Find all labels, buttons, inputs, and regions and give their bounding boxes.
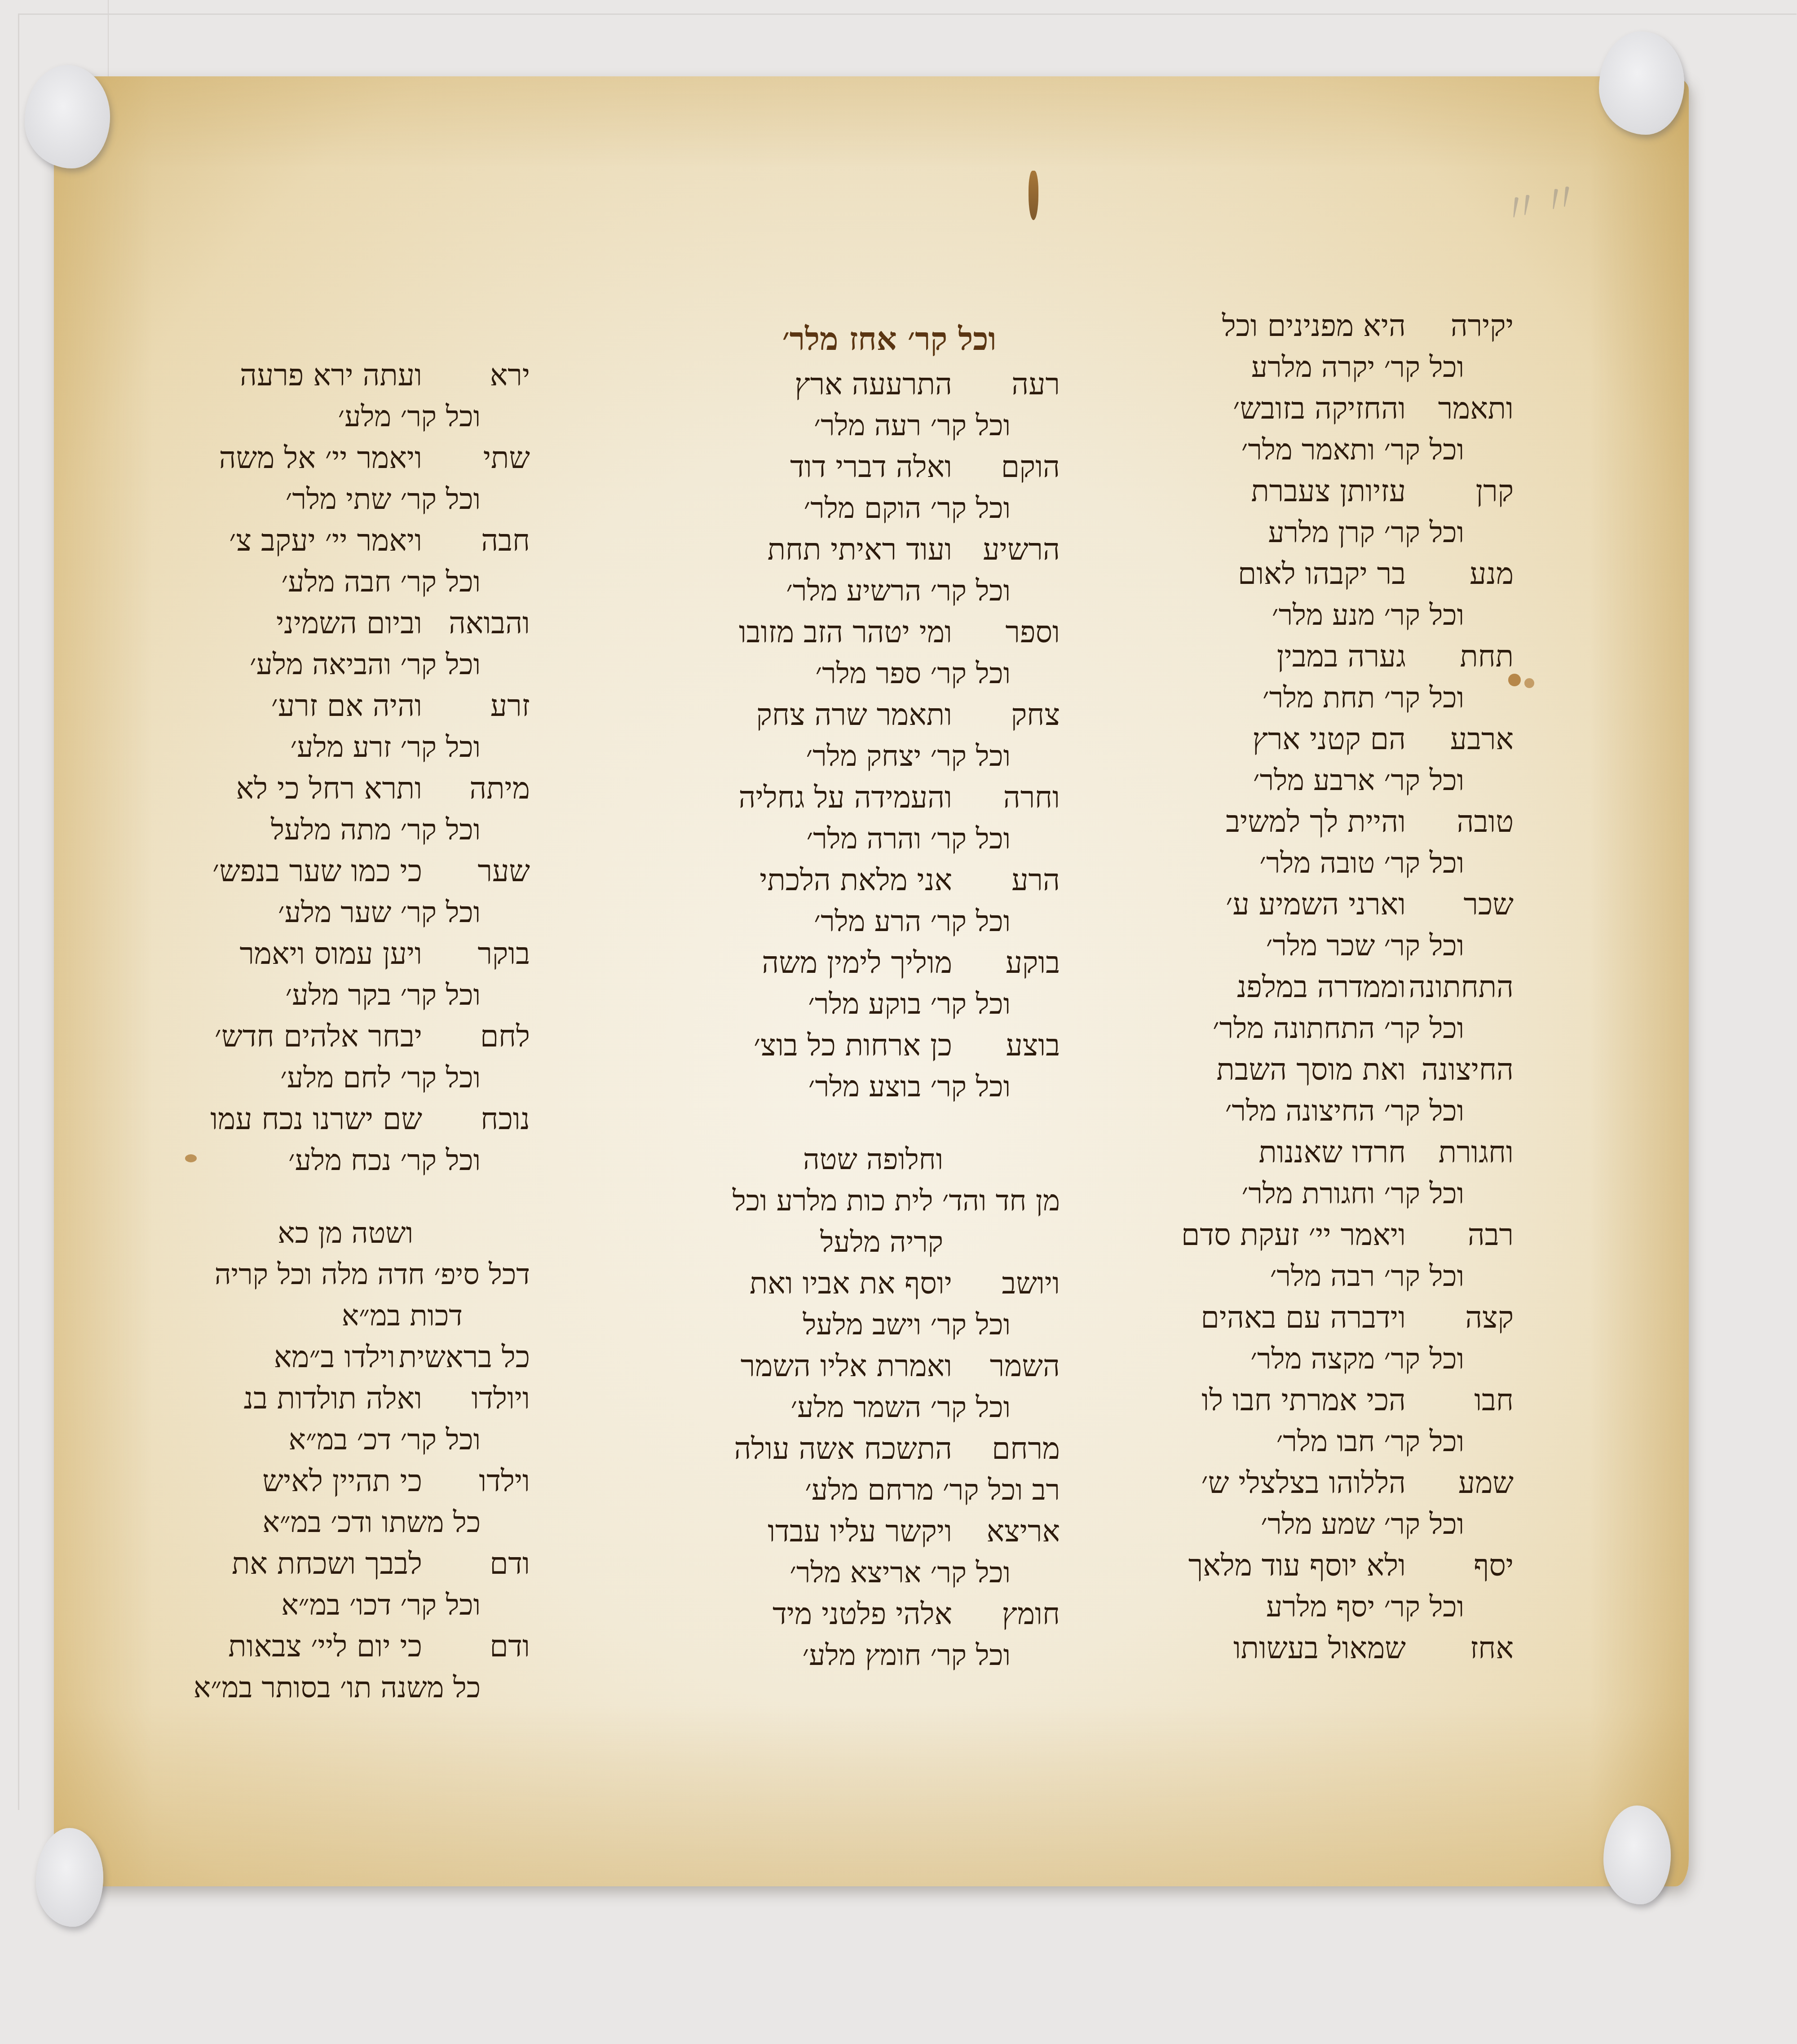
entry-reference: ותרא רחל כי לא xyxy=(236,768,423,809)
list-entry: והבואהוביום השמיני וכל קר׳ והביאה מלע׳ xyxy=(189,603,530,685)
column-heading: וכל קר׳ אחז מלר׳ xyxy=(665,314,1060,364)
list-entry: ארבעהם קטני ארץ וכל קר׳ ארבע מלר׳ xyxy=(1141,719,1514,801)
entry-reference: והעמידה על גחליה xyxy=(738,777,952,818)
entry-reference: גערה במבין xyxy=(1277,636,1406,677)
entry-word: מרחם xyxy=(952,1428,1060,1470)
entry-reference: יבחר אלהים חדש׳ xyxy=(215,1016,422,1057)
entry-word: רעה xyxy=(952,364,1060,405)
list-entry: טובהוהיית לך למשיב וכל קר׳ טובה מלר׳ xyxy=(1141,801,1514,884)
entry-note: וכל קר׳ זרע מלע׳ xyxy=(189,727,530,768)
entry-note: וכל קר׳ בוקע מלר׳ xyxy=(665,984,1060,1025)
list-entry: מיתהותרא רחל כי לא וכל קר׳ מתה מלעל xyxy=(189,768,530,851)
entry-note: וכל קר׳ רבה מלר׳ xyxy=(1141,1256,1514,1297)
mount-edge-left xyxy=(18,13,19,1810)
list-entry: לחםיבחר אלהים חדש׳ וכל קר׳ לחם מלע׳ xyxy=(189,1016,530,1099)
entry-note: וכל קר׳ מנע מלר׳ xyxy=(1141,595,1514,636)
entry-note: וכל קר׳ דכו׳ במ״א xyxy=(189,1585,530,1626)
entry-reference: ואת מוסך השבת xyxy=(1217,1049,1406,1090)
entry-reference: שמאול בעשותו xyxy=(1233,1628,1406,1669)
entry-note: וכל קר׳ יצחק מלר׳ xyxy=(665,736,1060,777)
entry-note: וכל קר׳ בוצע מלר׳ xyxy=(665,1066,1060,1108)
entry-note: וכל קר׳ החיצונה מלר׳ xyxy=(1141,1090,1514,1132)
entry-reference: ואלה תולדות בנ xyxy=(244,1378,422,1419)
folio-ink-mark xyxy=(1029,171,1038,220)
list-entry: וחגורתחרדו שאננות וכל קר׳ וחגורת מלר׳ xyxy=(1141,1132,1514,1214)
entry-word: אחז xyxy=(1406,1628,1514,1669)
entry-reference: ואלה דברי דוד xyxy=(790,446,952,488)
entry-word: לחם xyxy=(422,1016,530,1057)
entry-reference: לבבך ושכחת את xyxy=(232,1543,422,1585)
section-note: ושטה מן כא xyxy=(189,1213,530,1254)
entry-note: וכל קר׳ שתי מלר׳ xyxy=(189,479,530,520)
entry-note: וכל קר׳ מלע׳ xyxy=(189,396,530,437)
entry-reference: הכי אמרתי חבו לו xyxy=(1201,1380,1406,1421)
entry-reference: ומי יטהר הזב מזובו xyxy=(739,612,952,653)
entry-note: וכל קר׳ קרן מלרע xyxy=(1141,512,1514,553)
entry-word: החיצונה xyxy=(1406,1049,1514,1090)
mounting-tab-bottom-left xyxy=(36,1828,103,1927)
entry-reference: ולא יוסף עוד מלאך xyxy=(1188,1545,1406,1586)
entry-reference: חרדו שאננות xyxy=(1259,1132,1406,1173)
section-note: דכל סיפ׳ חדה מלה וכל קריה xyxy=(189,1254,530,1295)
entry-note: וכל קר׳ חומץ מלע׳ xyxy=(665,1635,1060,1676)
entry-note: וכל קר׳ ארבע מלר׳ xyxy=(1141,760,1514,801)
list-entry: וחרהוהעמידה על גחליה וכל קר׳ והרה מלר׳ xyxy=(665,777,1060,860)
entry-note: וכל קר׳ וישב מלעל xyxy=(665,1304,1060,1346)
entry-note: וכל קר׳ דכ׳ במ״א xyxy=(189,1419,530,1461)
mounting-tab-bottom-right xyxy=(1603,1806,1671,1904)
entry-note: וכל קר׳ שמע מלר׳ xyxy=(1141,1504,1514,1545)
entry-word: טובה xyxy=(1406,801,1514,843)
entry-reference: ותאמר שרה צחק xyxy=(756,694,952,736)
entry-word: חבו xyxy=(1406,1380,1514,1421)
entry-note: רב וכל קר׳ מרחם מלע׳ xyxy=(665,1470,1060,1511)
entry-reference: ויען עמוס ויאמר xyxy=(239,933,422,975)
entry-reference: הם קטני ארץ xyxy=(1253,719,1406,760)
entry-note: וכל קר׳ טובה מלר׳ xyxy=(1141,843,1514,884)
entry-reference: התרעעה ארץ xyxy=(795,364,952,405)
mounting-tab-top-right xyxy=(1599,31,1684,135)
entry-reference: ויאמר יי׳ אל משה xyxy=(219,437,422,479)
entry-reference: וממדרה במלפנ xyxy=(1237,967,1406,1008)
entry-reference: והיית לך למשיב xyxy=(1226,801,1406,843)
section-note: דכות במ״א xyxy=(189,1295,530,1337)
entry-word: אריצא xyxy=(952,1511,1060,1552)
entry-reference: בר יקבהו לאום xyxy=(1238,553,1406,595)
entry-note: וכל קר׳ שער מלע׳ xyxy=(189,892,530,933)
list-entry: תחתגערה במבין וכל קר׳ תחת מלר׳ xyxy=(1141,636,1514,719)
list-entry: ותאמרוהחזיקה בזובש׳ וכל קר׳ ותאמר מלר׳ xyxy=(1141,388,1514,471)
entry-note: וכל קר׳ התחתונה מלר׳ xyxy=(1141,1008,1514,1049)
entry-word: צחק xyxy=(952,694,1060,736)
entry-word: ותאמר xyxy=(1406,388,1514,429)
text-column-middle: וכל קר׳ אחז מלר׳ רעההתרעעה ארץ וכל קר׳ ר… xyxy=(665,314,1060,1676)
list-entry: הוקםואלה דברי דוד וכל קר׳ הוקם מלר׳ xyxy=(665,446,1060,529)
entry-word: שמע xyxy=(1406,1462,1514,1504)
list-entry: בוצעכן ארחות כל בוצ׳ וכל קר׳ בוצע מלר׳ xyxy=(665,1025,1060,1108)
entry-word: ויושב xyxy=(952,1263,1060,1304)
entry-word: הרע xyxy=(952,860,1060,901)
section-gap xyxy=(189,1181,530,1213)
list-entry: חבוהכי אמרתי חבו לו וכל קר׳ חבו מלר׳ xyxy=(1141,1380,1514,1462)
entry-note: וכל קר׳ והביאה מלע׳ xyxy=(189,644,530,685)
entry-reference: יוסף את אביו ואת xyxy=(750,1263,952,1304)
entry-reference: וביום השמיני xyxy=(276,603,422,644)
entry-word: וחרה xyxy=(952,777,1060,818)
entry-note: וכל קר׳ רעה מלר׳ xyxy=(665,405,1060,446)
list-entry: ויולדוואלה תולדות בנ וכל קר׳ דכ׳ במ״א xyxy=(189,1378,530,1461)
list-entry: ודםלבבך ושכחת את וכל קר׳ דכו׳ במ״א xyxy=(189,1543,530,1626)
entry-note: וכל קר׳ הרע מלר׳ xyxy=(665,901,1060,942)
list-entry: זרעוהיה אם זרע׳ וכל קר׳ זרע מלע׳ xyxy=(189,685,530,768)
entry-word: השמר xyxy=(952,1346,1060,1387)
entry-reference: מוליך לימין משה xyxy=(762,942,952,984)
entry-note: וכל קר׳ בקר מלע׳ xyxy=(189,975,530,1016)
entry-note: וכל קר׳ ספר מלר׳ xyxy=(665,653,1060,694)
entry-reference: הללוהו בצלצלי ש׳ xyxy=(1201,1462,1406,1504)
entry-note: וכל קר׳ חבה מלע׳ xyxy=(189,561,530,603)
entry-note: וכל קר׳ יסף מלרע xyxy=(1141,1586,1514,1628)
entry-word: וחגורת xyxy=(1406,1132,1514,1173)
list-entry: חבהויאמר יי׳ יעקב צ׳ וכל קר׳ חבה מלע׳ xyxy=(189,520,530,603)
entry-reference: ויקשר עליו עבדו xyxy=(768,1511,952,1552)
entry-note: וכל קר׳ שכר מלר׳ xyxy=(1141,925,1514,967)
entry-word: זרע xyxy=(422,685,530,727)
entry-note: וכל קר׳ נכח מלע׳ xyxy=(189,1140,530,1181)
list-entry: בוקעמוליך לימין משה וכל קר׳ בוקע מלר׳ xyxy=(665,942,1060,1025)
entry-word: כל בראשית xyxy=(395,1337,530,1378)
section-note: וחלופה שטה xyxy=(665,1139,1060,1180)
section-note: מן חד והד׳ לית כות מלרע וכל xyxy=(665,1180,1060,1222)
entry-word: מנע xyxy=(1406,553,1514,595)
text-column-right: יקירההיא מפנינים וכל וכל קר׳ יקרה מלרע ו… xyxy=(1141,305,1514,1669)
entry-note: כל משנה תו׳ בסותר במ״א xyxy=(189,1667,530,1708)
entry-reference: והיה אם זרע׳ xyxy=(271,685,422,727)
entry-word: רבה xyxy=(1406,1214,1514,1256)
entry-word: הוקם xyxy=(952,446,1060,488)
mounting-tab-top-left xyxy=(25,65,110,168)
entry-reference: שם ישרנו נכח עמו xyxy=(210,1099,422,1140)
entry-word: הרשיע xyxy=(952,529,1060,570)
entry-reference: ויאמר יי׳ זעקת סדם xyxy=(1181,1214,1406,1256)
entry-note: וכל קר׳ וחגורת מלר׳ xyxy=(1141,1173,1514,1214)
entry-reference: וארני השמיע ע׳ xyxy=(1226,884,1406,925)
list-entry: קרןעזיותן צעברת וכל קר׳ קרן מלרע xyxy=(1141,471,1514,553)
entry-word: שתי xyxy=(422,437,530,479)
ink-stain xyxy=(1524,678,1534,688)
entry-word: ודם xyxy=(422,1543,530,1585)
entry-reference: עזיותן צעברת xyxy=(1251,471,1406,512)
entry-word: תחת xyxy=(1406,636,1514,677)
list-entry: חומץאלהי פלטני מיד וכל קר׳ חומץ מלע׳ xyxy=(665,1594,1060,1676)
entry-reference: כי תהיין לאיש xyxy=(262,1461,422,1502)
entry-reference: ועתה ירא פרעה xyxy=(240,355,422,396)
entry-note: וכל קר׳ הוקם מלר׳ xyxy=(665,488,1060,529)
list-entry: שערכי כמו שער בנפש׳ וכל קר׳ שער מלע׳ xyxy=(189,851,530,933)
entry-word: חבה xyxy=(422,520,530,561)
entry-word: התחתונה xyxy=(1406,967,1514,1008)
list-entry: נוכחשם ישרנו נכח עמו וכל קר׳ נכח מלע׳ xyxy=(189,1099,530,1181)
entry-note: וכל קר׳ ותאמר מלר׳ xyxy=(1141,429,1514,471)
entry-note: וכל קר׳ השמר מלע׳ xyxy=(665,1387,1060,1428)
list-entry: יסףולא יוסף עוד מלאך וכל קר׳ יסף מלרע xyxy=(1141,1545,1514,1628)
entry-word: קצה xyxy=(1406,1297,1514,1338)
entry-reference: וילדו ב״מא xyxy=(274,1337,395,1378)
list-entry: וילדוכי תהיין לאיש כל משתו ודכ׳ במ״א xyxy=(189,1461,530,1543)
entry-word: ירא xyxy=(422,355,530,396)
entry-word: בוקר xyxy=(422,933,530,975)
entry-word: יקירה xyxy=(1406,305,1514,347)
list-entry: מנעבר יקבהו לאום וכל קר׳ מנע מלר׳ xyxy=(1141,553,1514,636)
list-entry: בוקרויען עמוס ויאמר וכל קר׳ בקר מלע׳ xyxy=(189,933,530,1016)
list-entry: ויושביוסף את אביו ואת וכל קר׳ וישב מלעל xyxy=(665,1263,1060,1346)
list-entry: הרעאני מלאת הלכתי וכל קר׳ הרע מלר׳ xyxy=(665,860,1060,942)
entry-word: ויולדו xyxy=(422,1378,530,1419)
mount-edge-top xyxy=(18,13,1797,15)
list-entry: החיצונהואת מוסך השבת וכל קר׳ החיצונה מלר… xyxy=(1141,1049,1514,1132)
entry-reference: כי כמו שער בנפש׳ xyxy=(212,851,422,892)
entry-note: וכל קר׳ לחם מלע׳ xyxy=(189,1057,530,1099)
list-entry: רבהויאמר יי׳ זעקת סדם וכל קר׳ רבה מלר׳ xyxy=(1141,1214,1514,1297)
list-entry: קצהוידברה עם באהים וכל קר׳ מקצה מלר׳ xyxy=(1141,1297,1514,1380)
list-entry: שתיויאמר יי׳ אל משה וכל קר׳ שתי מלר׳ xyxy=(189,437,530,520)
list-entry: שמעהללוהו בצלצלי ש׳ וכל קר׳ שמע מלר׳ xyxy=(1141,1462,1514,1545)
list-entry: כל בראשיתוילדו ב״מא xyxy=(189,1337,530,1378)
entry-word: קרן xyxy=(1406,471,1514,512)
entry-reference: ועוד ראיתי תחת xyxy=(768,529,952,570)
list-entry: מרחםהתשכח אשה עולה רב וכל קר׳ מרחם מלע׳ xyxy=(665,1428,1060,1511)
entry-word: שכר xyxy=(1406,884,1514,925)
entry-word: וספר xyxy=(952,612,1060,653)
entry-word: וילדו xyxy=(422,1461,530,1502)
entry-word: והבואה xyxy=(422,603,530,644)
entry-note: וכל קר׳ מקצה מלר׳ xyxy=(1141,1338,1514,1380)
entry-reference: כי יום ליי׳ צבאות xyxy=(228,1626,422,1667)
entry-reference: כן ארחות כל בוצ׳ xyxy=(754,1025,952,1066)
list-entry: אחזשמאול בעשותו xyxy=(1141,1628,1514,1669)
entry-reference: אלהי פלטני מיד xyxy=(773,1594,952,1635)
entry-note: וכל קר׳ חבו מלר׳ xyxy=(1141,1421,1514,1462)
entry-word: בוקע xyxy=(952,942,1060,984)
entry-reference: אני מלאת הלכתי xyxy=(759,860,952,901)
entry-reference: ויאמר יי׳ יעקב צ׳ xyxy=(229,520,422,561)
entry-word: יסף xyxy=(1406,1545,1514,1586)
section-gap xyxy=(665,1108,1060,1139)
list-entry: השמרואמרת אליו השמר וכל קר׳ השמר מלע׳ xyxy=(665,1346,1060,1428)
entry-note: כל משתו ודכ׳ במ״א xyxy=(189,1502,530,1543)
entry-note: וכל קר׳ יקרה מלרע xyxy=(1141,347,1514,388)
list-entry: שכרוארני השמיע ע׳ וכל קר׳ שכר מלר׳ xyxy=(1141,884,1514,967)
list-entry: יקירההיא מפנינים וכל וכל קר׳ יקרה מלרע xyxy=(1141,305,1514,388)
entry-note: וכל קר׳ מתה מלעל xyxy=(189,809,530,851)
entry-reference: והחזיקה בזובש׳ xyxy=(1233,388,1406,429)
entry-note: וכל קר׳ הרשיע מלר׳ xyxy=(665,570,1060,612)
entry-note: וכל קר׳ אריצא מלר׳ xyxy=(665,1552,1060,1594)
list-entry: אריצאויקשר עליו עבדו וכל קר׳ אריצא מלר׳ xyxy=(665,1511,1060,1594)
entry-word: נוכח xyxy=(422,1099,530,1140)
entry-reference: ואמרת אליו השמר xyxy=(741,1346,952,1387)
list-entry: רעההתרעעה ארץ וכל קר׳ רעה מלר׳ xyxy=(665,364,1060,446)
entry-reference: היא מפנינים וכל xyxy=(1222,305,1406,347)
entry-note: וכל קר׳ תחת מלר׳ xyxy=(1141,677,1514,719)
list-entry: יראועתה ירא פרעה וכל קר׳ מלע׳ xyxy=(189,355,530,437)
section-note: קריה מלעל xyxy=(665,1222,1060,1263)
entry-word: שער xyxy=(422,851,530,892)
list-entry: ודםכי יום ליי׳ צבאות כל משנה תו׳ בסותר ב… xyxy=(189,1626,530,1708)
entry-reference: התשכח אשה עולה xyxy=(734,1428,952,1470)
entry-note: וכל קר׳ והרה מלר׳ xyxy=(665,818,1060,860)
list-entry: התחתונהוממדרה במלפנ וכל קר׳ התחתונה מלר׳ xyxy=(1141,967,1514,1049)
entry-word: ודם xyxy=(422,1626,530,1667)
entry-word: חומץ xyxy=(952,1594,1060,1635)
list-entry: הרשיעועוד ראיתי תחת וכל קר׳ הרשיע מלר׳ xyxy=(665,529,1060,612)
list-entry: צחקותאמר שרה צחק וכל קר׳ יצחק מלר׳ xyxy=(665,694,1060,777)
entry-word: בוצע xyxy=(952,1025,1060,1066)
entry-reference: וידברה עם באהים xyxy=(1201,1297,1406,1338)
entry-word: ארבע xyxy=(1406,719,1514,760)
entry-word: מיתה xyxy=(422,768,530,809)
text-column-left: יראועתה ירא פרעה וכל קר׳ מלע׳ שתיויאמר י… xyxy=(189,355,530,1708)
list-entry: וספרומי יטהר הזב מזובו וכל קר׳ ספר מלר׳ xyxy=(665,612,1060,694)
